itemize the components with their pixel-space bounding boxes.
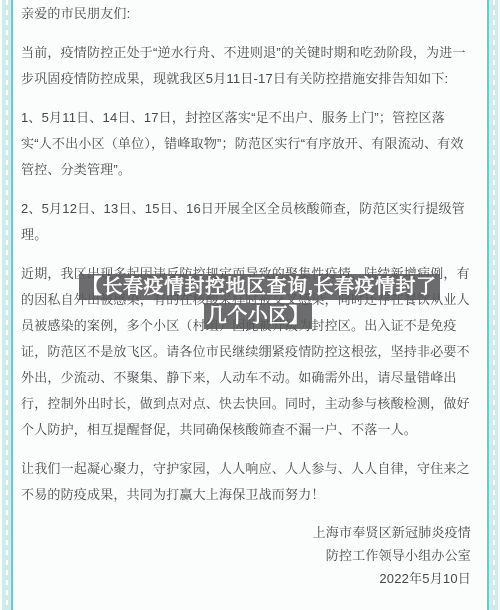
signature-block: 上海市奉贤区新冠肺炎疫情 防控工作领导小组办公室 2022年5月10日 — [21, 521, 471, 590]
decorative-border-left — [2, 0, 13, 610]
signature-date: 2022年5月10日 — [21, 567, 471, 590]
greeting-line: 亲爱的市民朋友们: — [21, 1, 471, 27]
decorative-border-right — [487, 0, 498, 610]
notice-document: 亲爱的市民朋友们: 当前，疫情防控正处于“逆水行舟、不进则退”的关键时期和吃劲阶… — [13, 0, 487, 610]
paragraph-measure-2: 2、5月12日、13日、15日、16日开展全区全员核酸筛查，防范区实行提级管理。 — [21, 196, 471, 248]
paragraph-recent-situation: 近期，我区出现多起因违反防控规定而导致的聚集性疫情，陆续新增病例，有的因私自外出… — [21, 261, 471, 443]
signature-org-line-2: 防控工作领导小组办公室 — [21, 544, 471, 567]
paragraph-intro: 当前，疫情防控正处于“逆水行舟、不进则退”的关键时期和吃劲阶段，为进一步巩固疫情… — [21, 40, 471, 92]
paragraph-appeal: 让我们一起凝心聚力，守护家园，人人响应、人人参与、人人自律，守住来之不易的防疫成… — [21, 456, 471, 508]
signature-org-line-1: 上海市奉贤区新冠肺炎疫情 — [21, 521, 471, 544]
paragraph-measure-1: 1、5月11日、14日、17日，封控区落实“足不出户、服务上门”；管控区落实“人… — [21, 105, 471, 183]
